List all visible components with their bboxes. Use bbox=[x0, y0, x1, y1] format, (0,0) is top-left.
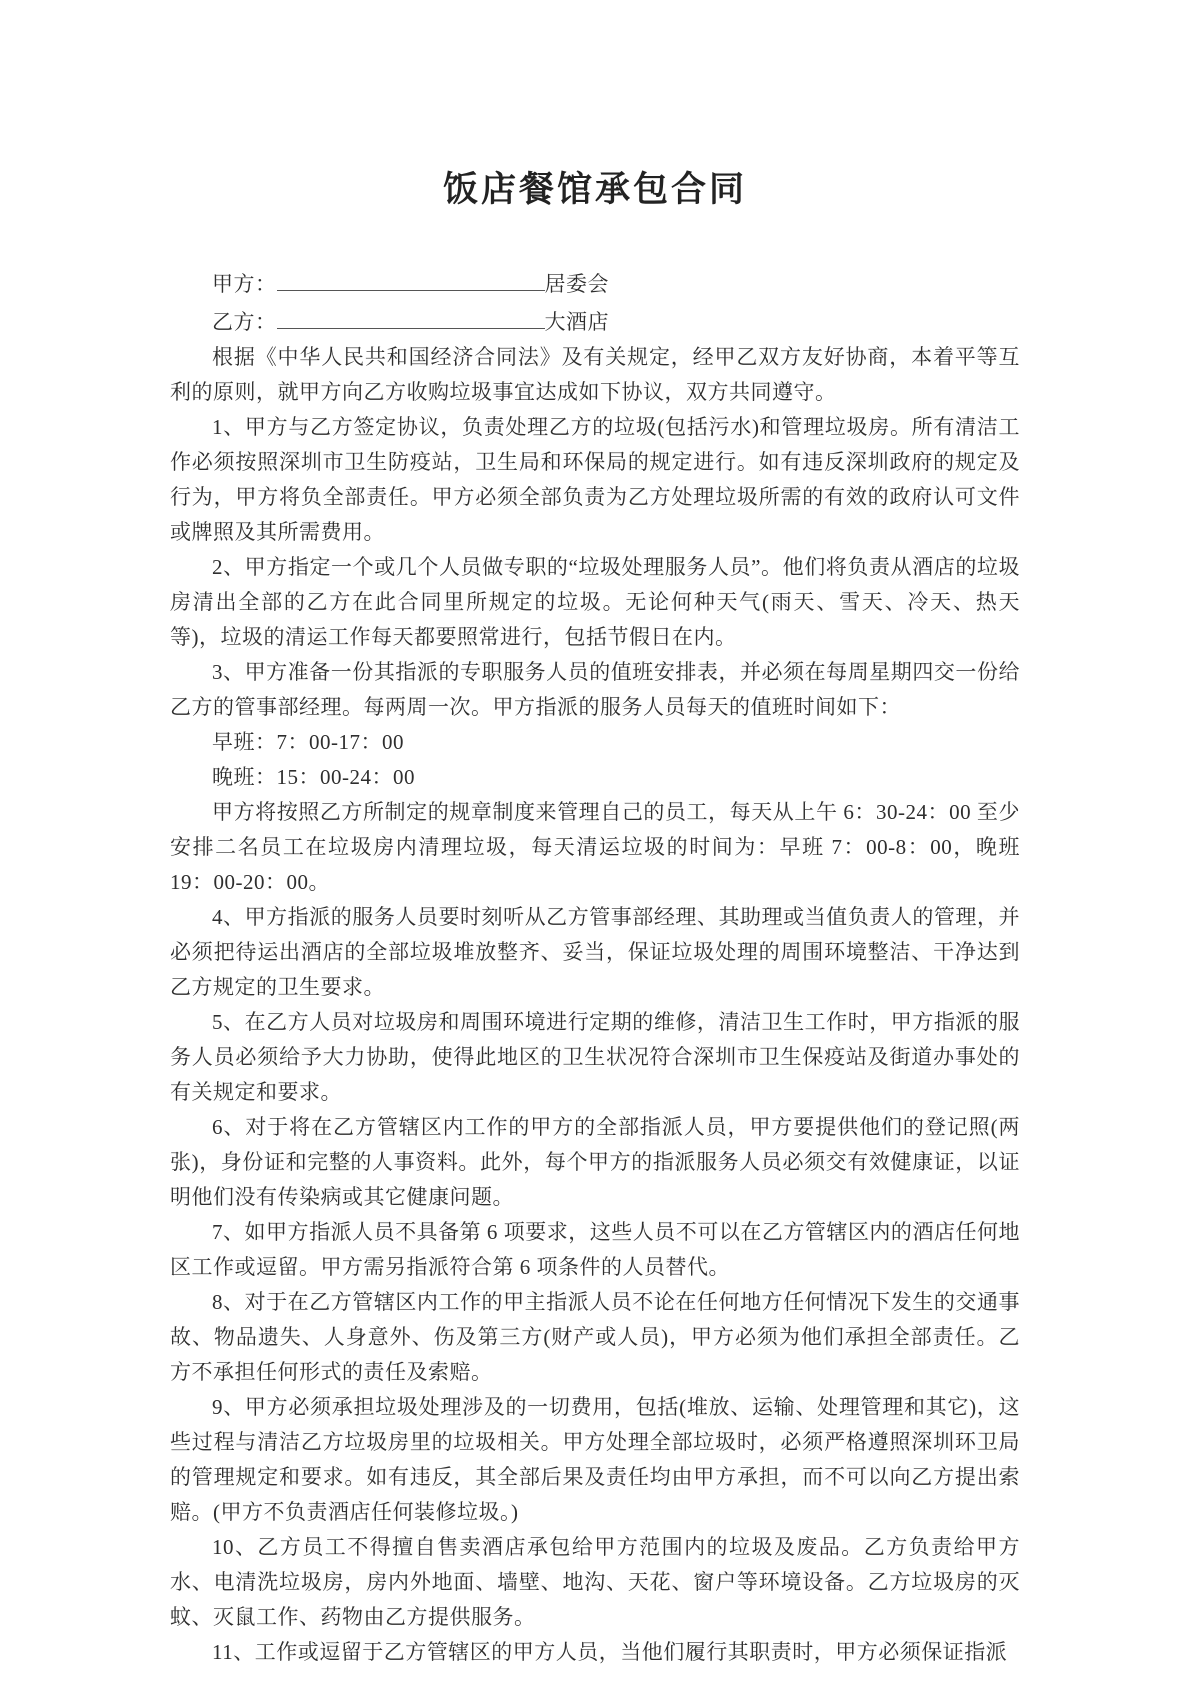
document-title: 饭店餐馆承包合同 bbox=[170, 162, 1020, 212]
clause-11-truncated: 11、工作或逗留于乙方管辖区的甲方人员，当他们履行其职责时，甲方必须保证指派 bbox=[170, 1635, 1020, 1670]
clause-8: 8、对于在乙方管辖区内工作的甲主指派人员不论在任何地方任何情况下发生的交通事故、… bbox=[170, 1285, 1020, 1390]
clause-10: 10、乙方员工不得擅自售卖酒店承包给甲方范围内的垃圾及废品。乙方负责给甲方水、电… bbox=[170, 1530, 1020, 1635]
contract-document-page: 饭店餐馆承包合同 甲方：_________________居委会 乙方：____… bbox=[0, 0, 1190, 1683]
clause-7: 7、如甲方指派人员不具备第 6 项要求，这些人员不可以在乙方管辖区内的酒店任何地… bbox=[170, 1215, 1020, 1285]
clause-6: 6、对于将在乙方管辖区内工作的甲方的全部指派人员，甲方要提供他们的登记照(两张)… bbox=[170, 1110, 1020, 1215]
shift-evening-line: 晚班：15：00-24：00 bbox=[170, 760, 1020, 795]
paragraph-preamble: 根据《中华人民共和国经济合同法》及有关规定，经甲乙双方友好协商，本着平等互利的原… bbox=[170, 340, 1020, 410]
party-a-line: 甲方：_________________居委会 bbox=[170, 264, 1020, 302]
clause-2: 2、甲方指定一个或几个人员做专职的“垃圾处理服务人员”。他们将负责从酒店的垃圾房… bbox=[170, 550, 1020, 655]
party-a-label: 甲方： bbox=[212, 272, 277, 296]
party-a-blank: _________________ bbox=[277, 264, 545, 291]
clause-5: 5、在乙方人员对垃圾房和周围环境进行定期的维修，清洁卫生工作时，甲方指派的服务人… bbox=[170, 1005, 1020, 1110]
party-b-blank: _________________ bbox=[277, 302, 545, 329]
clause-9: 9、甲方必须承担垃圾处理涉及的一切费用，包括(堆放、运输、处理管理和其它)，这些… bbox=[170, 1390, 1020, 1530]
clause-4: 4、甲方指派的服务人员要时刻听从乙方管事部经理、其助理或当值负责人的管理，并必须… bbox=[170, 900, 1020, 1005]
clause-3: 3、甲方准备一份其指派的专职服务人员的值班安排表，并必须在每周星期四交一份给乙方… bbox=[170, 655, 1020, 725]
party-b-label: 乙方： bbox=[212, 310, 277, 334]
clause-3-continued: 甲方将按照乙方所制定的规章制度来管理自己的员工，每天从上午 6：30-24：00… bbox=[170, 795, 1020, 900]
clause-1: 1、甲方与乙方签定协议，负责处理乙方的垃圾(包括污水)和管理垃圾房。所有清洁工作… bbox=[170, 410, 1020, 550]
party-b-suffix: 大酒店 bbox=[545, 310, 610, 334]
party-b-line: 乙方：_________________大酒店 bbox=[170, 302, 1020, 340]
document-body: 甲方：_________________居委会 乙方：_____________… bbox=[170, 264, 1020, 1670]
shift-morning-line: 早班：7：00-17：00 bbox=[170, 725, 1020, 760]
party-a-suffix: 居委会 bbox=[545, 272, 610, 296]
